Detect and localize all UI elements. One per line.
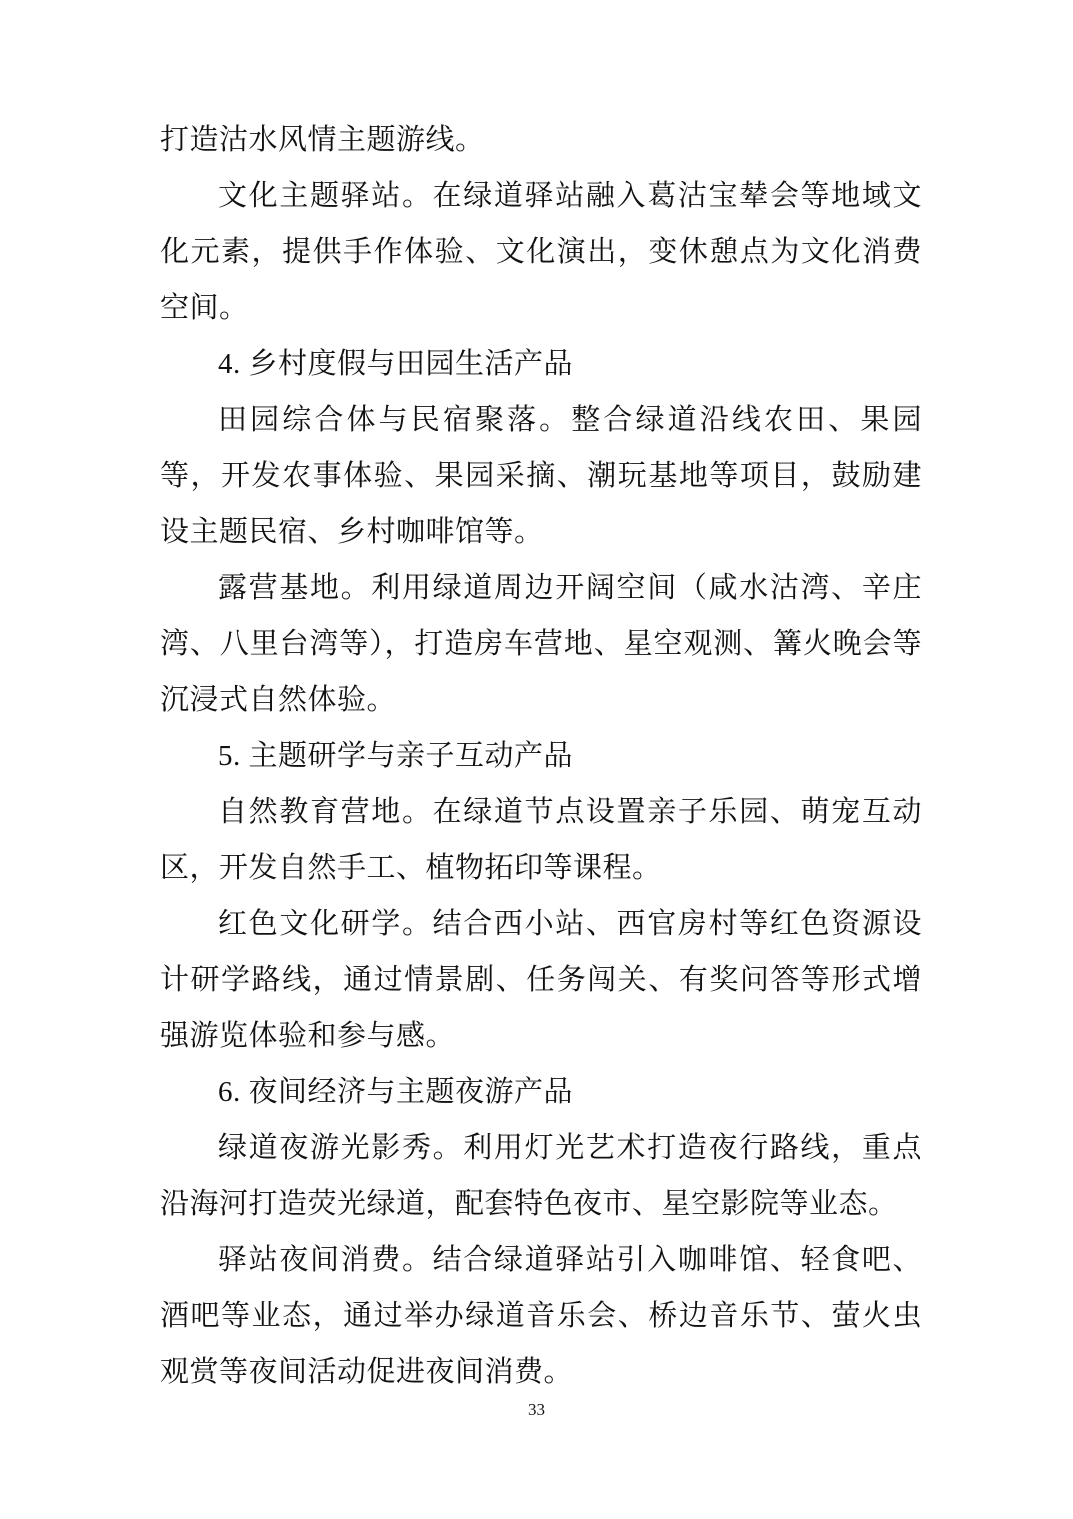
section-heading: 5. 主题研学与亲子互动产品: [160, 728, 922, 784]
page-number: 33: [0, 1400, 1073, 1420]
section-heading: 4. 乡村度假与田园生活产品: [160, 336, 922, 392]
paragraph: 绿道夜游光影秀。利用灯光艺术打造夜行路线，重点沿海河打造荧光绿道，配套特色夜市、…: [160, 1120, 922, 1232]
document-page: 打造沽水风情主题游线。 文化主题驿站。在绿道驿站融入葛沽宝辇会等地域文化元素，提…: [0, 0, 1073, 1519]
paragraph: 红色文化研学。结合西小站、西官房村等红色资源设计研学路线，通过情景剧、任务闯关、…: [160, 896, 922, 1064]
section-heading: 6. 夜间经济与主题夜游产品: [160, 1064, 922, 1120]
document-body: 打造沽水风情主题游线。 文化主题驿站。在绿道驿站融入葛沽宝辇会等地域文化元素，提…: [160, 112, 922, 1400]
paragraph: 自然教育营地。在绿道节点设置亲子乐园、萌宠互动区，开发自然手工、植物拓印等课程。: [160, 784, 922, 896]
paragraph: 露营基地。利用绿道周边开阔空间（咸水沽湾、辛庄湾、八里台湾等），打造房车营地、星…: [160, 560, 922, 728]
paragraph: 驿站夜间消费。结合绿道驿站引入咖啡馆、轻食吧、酒吧等业态，通过举办绿道音乐会、桥…: [160, 1232, 922, 1400]
paragraph: 文化主题驿站。在绿道驿站融入葛沽宝辇会等地域文化元素，提供手作体验、文化演出，变…: [160, 168, 922, 336]
paragraph-continuation: 打造沽水风情主题游线。: [160, 112, 922, 168]
paragraph: 田园综合体与民宿聚落。整合绿道沿线农田、果园等，开发农事体验、果园采摘、潮玩基地…: [160, 392, 922, 560]
